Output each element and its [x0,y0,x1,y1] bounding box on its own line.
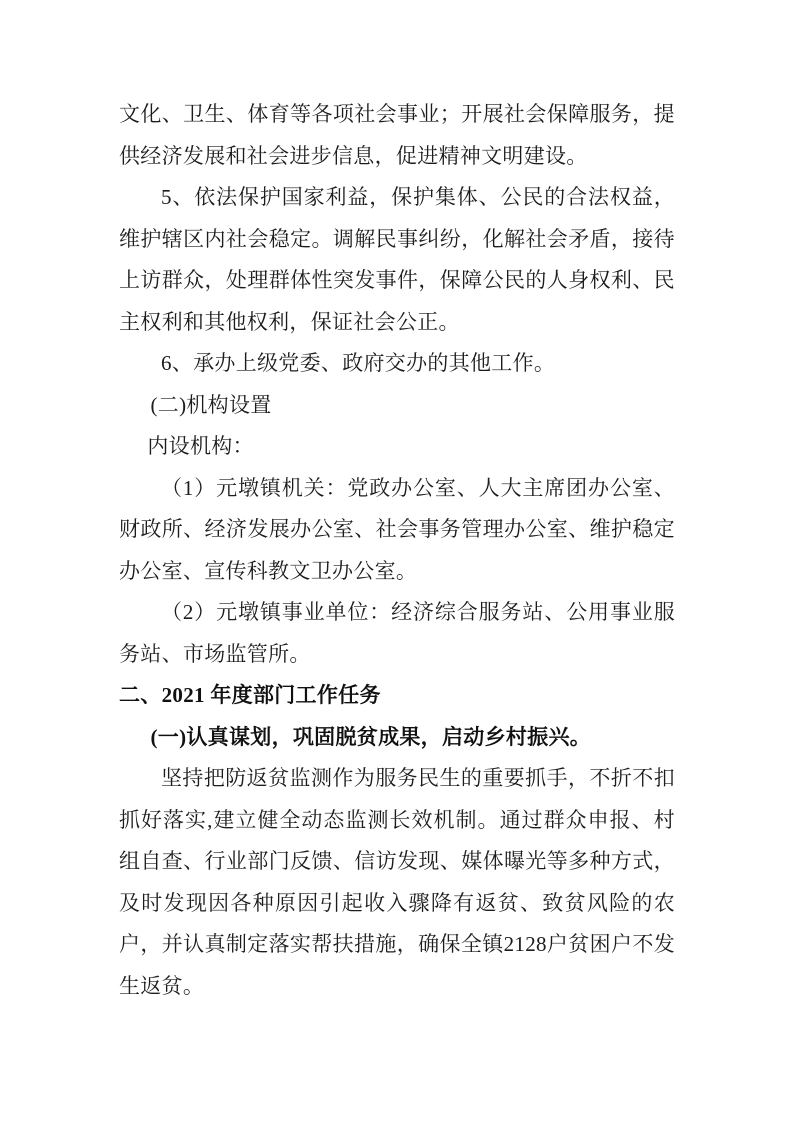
heading-org-structure: (二)机构设置 [119,385,675,427]
para-internal-orgs-label: 内设机构： [119,426,675,468]
para-item-6-other-tasks: 6、承办上级党委、政府交办的其他工作。 [119,343,675,385]
para-town-offices: （1）元墩镇机关：党政办公室、人大主席团办公室、财政所、经济发展办公室、社会事务… [119,468,675,593]
para-item-5-protect-rights: 5、依法保护国家利益，保护集体、公民的合法权益，维护辖区内社会稳定。调解民事纠纷… [119,177,675,343]
para-town-institutions: （2）元墩镇事业单位：经济综合服务站、公用事业服务站、市场监管所。 [119,592,675,675]
heading-2021-department-tasks: 二、2021 年度部门工作任务 [119,675,675,717]
document-page: 文化、卫生、体育等各项社会事业；开展社会保障服务，提供经济发展和社会进步信息，促… [0,0,793,1122]
para-poverty-monitoring: 坚持把防返贫监测作为服务民生的重要抓手，不折不扣抓好落实,建立健全动态监测长效机… [119,758,675,1007]
heading-task-one-poverty: (一)认真谋划，巩固脱贫成果，启动乡村振兴。 [119,717,675,759]
para-social-services: 文化、卫生、体育等各项社会事业；开展社会保障服务，提供经济发展和社会进步信息，促… [119,94,675,177]
